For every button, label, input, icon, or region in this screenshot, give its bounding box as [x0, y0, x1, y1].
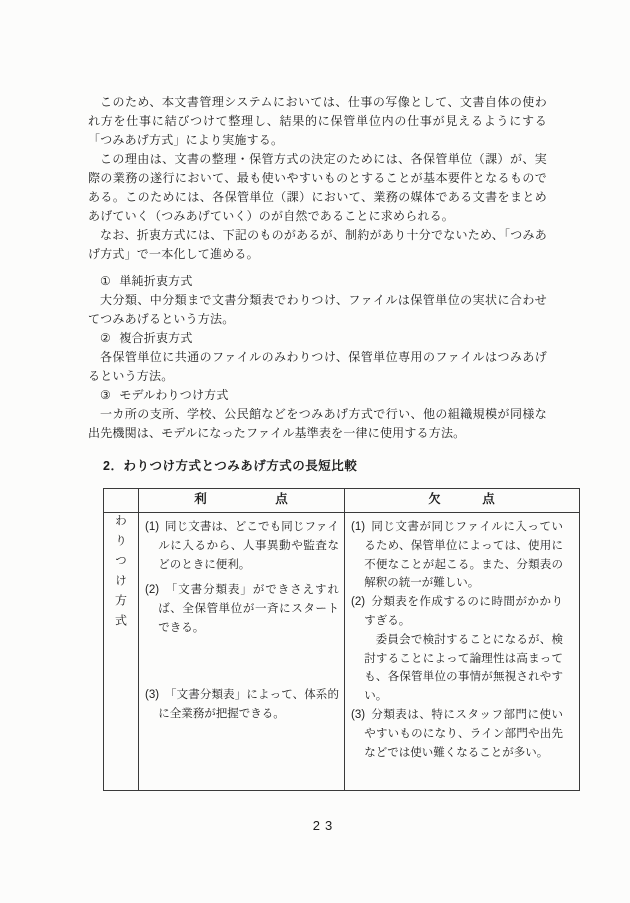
method-2-heading: ②複合折衷方式: [88, 329, 547, 348]
method-item-3: ③モデルわりつけ方式 一カ所の支所、学校、公民館などをつみあげ方式で行い、他の組…: [88, 386, 547, 443]
paragraph-3: なお、折衷方式には、下記のものがあるが、制約があり十分でないため、「つみあげ方式…: [88, 226, 547, 264]
disadvantages-cell: (1)同じ文書が同じファイルに入っているため、保管単位によっては、使用に不便なこ…: [345, 513, 580, 791]
circled-number-3: ③: [100, 388, 111, 402]
advantage-header-cell: 利 点: [139, 489, 345, 513]
disadvantage-item-3: (3)分類表は、特にスタッフ部門に使いやすいものになり、ライン部門や出先などでは…: [351, 706, 563, 762]
advantage-item-1: (1)同じ文書は、どこでも同じファイルに入るから、人事異動や監査などのときに便利…: [145, 518, 339, 574]
disadvantage-note: 委員会で検討することになるが、検討することによって論理性は高まっても、各保管単位…: [351, 631, 563, 706]
method-1-heading: ①単純折衷方式: [88, 272, 547, 291]
method-2-description: 各保管単位に共通のファイルのみわりつけ、保管単位専用のファイルはつみあげるという…: [88, 348, 547, 386]
page-number: 23: [0, 818, 630, 833]
method-item-2: ②複合折衷方式 各保管単位に共通のファイルのみわりつけ、保管単位専用のファイルは…: [88, 329, 547, 386]
disadvantage-item-2: (2)分類表を作成するのに時間がかかりすぎる。: [351, 593, 563, 631]
document-page: このため、本文書管理システムにおいては、仕事の写像として、文書自体の使われ方を仕…: [0, 0, 630, 903]
method-3-heading: ③モデルわりつけ方式: [88, 386, 547, 405]
comparison-table: 利 点 欠 点 わりつけ方式 (1)同じ文書は、どこでも同じファイルに入るから、…: [103, 488, 580, 791]
section-heading: 2．わりつけ方式とつみあげ方式の長短比較: [88, 457, 547, 476]
method-item-1: ①単純折衷方式 大分類、中分類まで文書分類表でわりつけ、ファイルは保管単位の実状…: [88, 272, 547, 329]
advantage-item-2: (2)「文書分類表」ができさえすれば、全保管単位が一斉にスタートできる。: [145, 581, 339, 637]
paragraph-1: このため、本文書管理システムにおいては、仕事の写像として、文書自体の使われ方を仕…: [88, 93, 547, 150]
method-1-title: 単純折衷方式: [119, 274, 192, 288]
disadvantage-item-1: (1)同じ文書が同じファイルに入っているため、保管単位によっては、使用に不便なこ…: [351, 518, 563, 593]
method-3-description: 一カ所の支所、学校、公民館などをつみあげ方式で行い、他の組織規模が同様な出先機関…: [88, 405, 547, 443]
advantages-cell: (1)同じ文書は、どこでも同じファイルに入るから、人事異動や監査などのときに便利…: [139, 513, 345, 791]
row-label-cell: わりつけ方式: [104, 513, 139, 791]
method-2-title: 複合折衷方式: [119, 331, 192, 345]
table-corner-cell: [104, 489, 139, 513]
table-body-row: わりつけ方式 (1)同じ文書は、どこでも同じファイルに入るから、人事異動や監査な…: [104, 513, 580, 791]
body-text-block: このため、本文書管理システムにおいては、仕事の写像として、文書自体の使われ方を仕…: [88, 93, 547, 443]
paragraph-2: この理由は、文書の整理・保管方式の決定のためには、各保管単位（課）が、実際の業務…: [88, 150, 547, 226]
disadvantage-header-cell: 欠 点: [345, 489, 580, 513]
table-header-row: 利 点 欠 点: [104, 489, 580, 513]
method-list: ①単純折衷方式 大分類、中分類まで文書分類表でわりつけ、ファイルは保管単位の実状…: [88, 272, 547, 443]
row-label-vertical-text: わりつけ方式: [113, 514, 130, 634]
method-1-description: 大分類、中分類まで文書分類表でわりつけ、ファイルは保管単位の実状に合わせてつみあ…: [88, 291, 547, 329]
method-3-title: モデルわりつけ方式: [119, 388, 228, 402]
circled-number-2: ②: [100, 331, 111, 345]
circled-number-1: ①: [100, 274, 111, 288]
advantage-item-3: (3)「文書分類表」によって、体系的に全業務が把握できる。: [145, 686, 339, 724]
